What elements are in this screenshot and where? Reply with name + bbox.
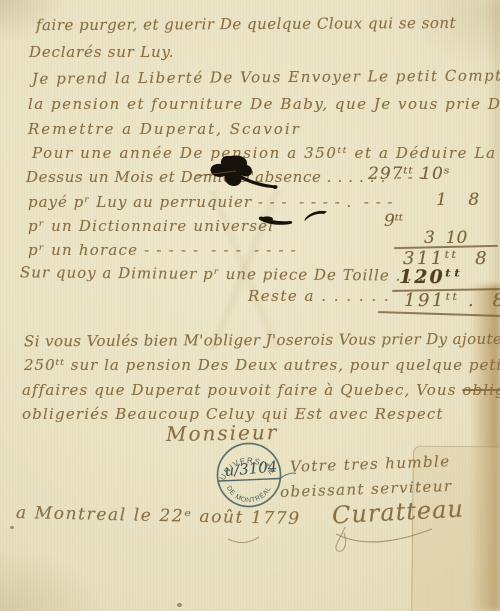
- university-stamp: UNIVERSITÉ DE MONTRÉAL u/3104: [212, 437, 300, 519]
- letter-line-text: affaires que Duperat pouvoit faire à Que…: [22, 381, 462, 399]
- account-reste-amount: 191ᵗᵗ . 8: [404, 291, 500, 311]
- account-row-label: payé pʳ Luy au perruquier - - - - - - - …: [28, 194, 394, 211]
- account-reste-label: Reste a . . . . . .: [248, 288, 390, 305]
- letter-line: la pension et fourniture De Baby, que Je…: [28, 96, 500, 113]
- letter-line: Je prend la Liberté De Vous Envoyer Le p…: [32, 67, 500, 87]
- letter-line: Remettre a Duperat, Scavoir: [28, 121, 301, 138]
- university-stamp-graphic: UNIVERSITÉ DE MONTRÉAL u/3104: [212, 437, 300, 515]
- account-row-label: Dessus un Mois et Demie D'absence . . . …: [26, 169, 424, 186]
- ink-speck: [10, 526, 14, 529]
- account-row-amount: 9ᵗᵗ: [384, 212, 403, 231]
- account-row-label: pʳ un horace - - - - - - - - - - - -: [28, 242, 297, 259]
- small-ink-mark: [305, 211, 327, 221]
- struck-word: obligé: [462, 381, 500, 399]
- account-row-amount: 297ᵗᵗ 10ˢ: [368, 165, 451, 184]
- letter-line: Declarés sur Luy.: [29, 44, 174, 61]
- letter-line: Si vous Voulés bien M'obliger J'oserois …: [24, 331, 500, 350]
- letter-line: faire purger, et guerir De quelque Cloux…: [36, 15, 456, 34]
- signature-loop: [336, 527, 346, 551]
- letter-line: 250ᵗᵗ sur la pension Des Deux autres, po…: [24, 357, 500, 374]
- account-deduction-label: Sur quoy a Diminuer pʳ une piece De Toil…: [20, 264, 425, 284]
- account-intro: Pour une année De pension a 350ᵗᵗ et a D…: [32, 145, 497, 162]
- account-row-amount: 1 8: [436, 191, 479, 210]
- letter-page: faire purger, et guerir De quelque Cloux…: [0, 0, 500, 611]
- letter-line: affaires que Duperat pouvoit faire à Que…: [22, 382, 500, 399]
- account-deduction-amount: 120ᵗᵗ: [399, 267, 463, 288]
- dateline-flourish: [228, 537, 259, 543]
- ink-speck: [177, 603, 182, 607]
- stamp-flourish: [280, 473, 296, 478]
- account-row-label: pʳ un Dictionnaire universel: [28, 218, 274, 235]
